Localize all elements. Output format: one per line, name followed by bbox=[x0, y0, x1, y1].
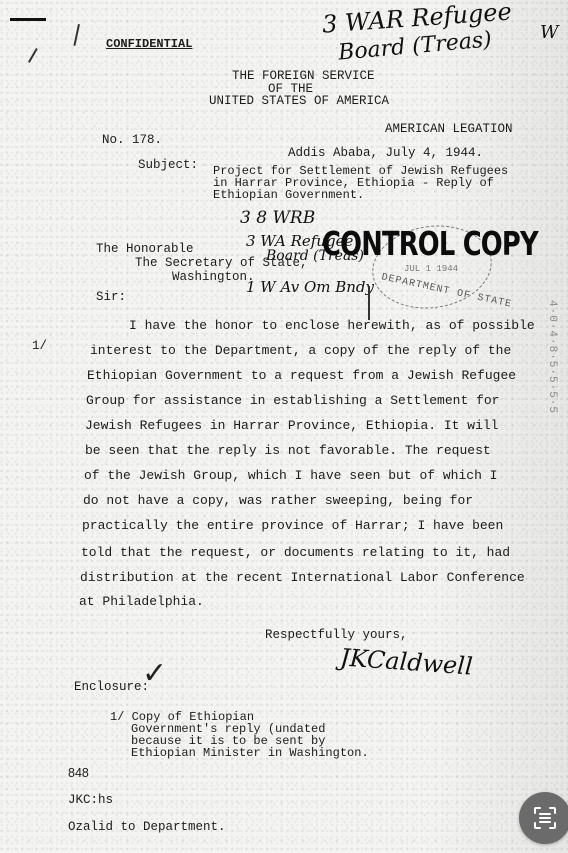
distribution-note: Ozalid to Department. bbox=[68, 820, 226, 834]
closing: Respectfully yours, bbox=[265, 628, 408, 642]
scan-text-icon bbox=[531, 804, 559, 832]
dispatch-number: No. 178. bbox=[102, 133, 162, 147]
classification-label: CONFIDENTIAL bbox=[106, 37, 192, 51]
control-copy-stamp: CONTROL COPY bbox=[322, 224, 538, 263]
enclosure-line: Ethiopian Minister in Washington. bbox=[131, 746, 369, 760]
received-stamp-date: JUL 1 1944 bbox=[404, 264, 458, 274]
body-line: practically the entire province of Harra… bbox=[82, 518, 503, 533]
body-line: do not have a copy, was rather sweeping,… bbox=[83, 493, 473, 508]
subject-line: Ethiopian Government. bbox=[213, 188, 364, 202]
subject-label: Subject: bbox=[138, 158, 198, 172]
pen-stroke bbox=[368, 286, 370, 320]
salutation: Sir: bbox=[96, 290, 126, 304]
handwritten-note-mid: 3 8 WRB bbox=[240, 208, 315, 228]
place-date: Addis Ababa, July 4, 1944. bbox=[288, 146, 483, 160]
addressee-line3: Washington. bbox=[172, 270, 255, 284]
check-mark-icon: ✓ bbox=[142, 656, 167, 691]
body-line: I have the honor to enclose herewith, as… bbox=[129, 318, 535, 333]
top-left-mark bbox=[10, 18, 46, 21]
office-name: AMERICAN LEGATION bbox=[385, 122, 513, 136]
pen-stroke bbox=[28, 48, 38, 63]
body-line: Group for assistance in establishing a S… bbox=[86, 393, 499, 408]
body-line: interest to the Department, a copy of th… bbox=[90, 343, 511, 358]
letterhead-line1: THE FOREIGN SERVICE bbox=[232, 69, 375, 83]
letterhead-line3: UNITED STATES OF AMERICA bbox=[209, 94, 389, 108]
scan-text-button[interactable] bbox=[519, 792, 568, 844]
body-line: at Philadelphia. bbox=[79, 594, 204, 609]
body-line: Jewish Refugees in Harrar Province, Ethi… bbox=[85, 418, 498, 433]
body-line: be seen that the reply is not favorable.… bbox=[85, 443, 491, 458]
enclosure-label: Enclosure: bbox=[74, 680, 149, 694]
margin-number-stamp: 4·0·4·8·5·5·5·5 bbox=[546, 300, 558, 414]
body-line: Ethiopian Government to a request from a… bbox=[87, 368, 516, 383]
body-line: of the Jewish Group, which I have seen b… bbox=[84, 468, 497, 483]
body-line: told that the request, or documents rela… bbox=[81, 545, 510, 560]
addressee-line2: The Secretary of State, bbox=[135, 256, 308, 270]
body-line: distribution at the recent International… bbox=[80, 570, 525, 585]
handwritten-note-top-extra: W bbox=[540, 22, 559, 43]
handwritten-note-mid: 1 W Av Om Bndy bbox=[246, 278, 374, 296]
addressee-line1: The Honorable bbox=[96, 242, 194, 256]
pen-stroke bbox=[73, 24, 80, 46]
signature: JKCaldwell bbox=[339, 643, 473, 680]
file-number: 848 bbox=[68, 766, 89, 780]
enclosure-margin-ref: 1/ bbox=[32, 339, 47, 353]
typist-initials: JKC:hs bbox=[68, 793, 113, 807]
